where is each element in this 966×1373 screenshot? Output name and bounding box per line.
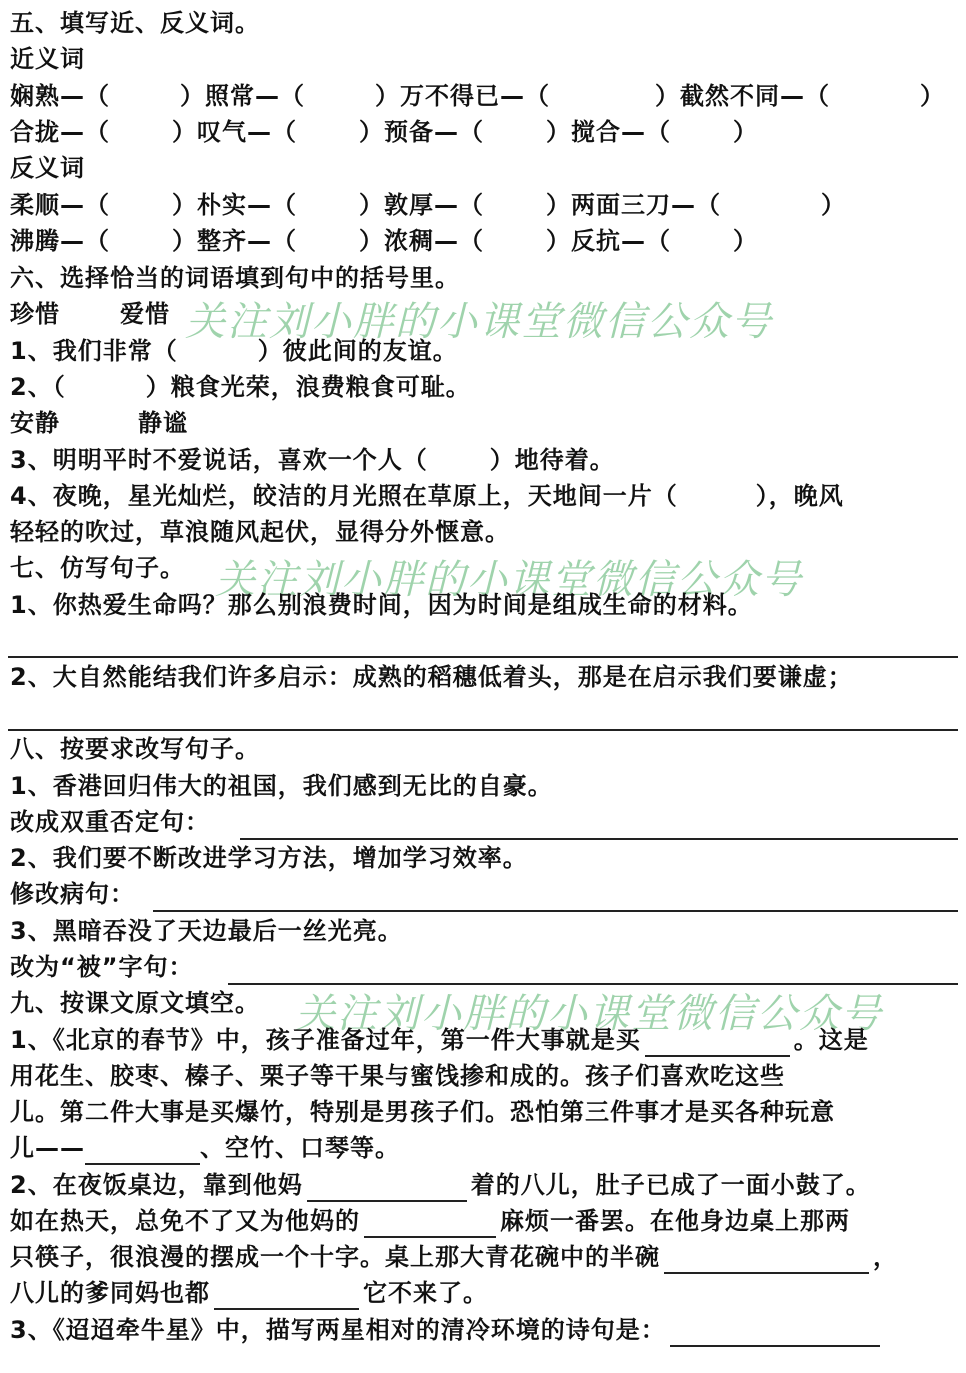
answer-blank[interactable] [670, 1317, 880, 1347]
prompt-8-2: 修改病句： [10, 877, 135, 911]
text: ），晚风 [756, 482, 844, 510]
antonym-label: 反义词 [10, 151, 85, 185]
word-choice: 珍惜 [10, 300, 60, 328]
question-6-4: 4、夜晚，星光灿烂，皎洁的月光照在草原上，天地间一片（），晚风 [10, 479, 844, 513]
text: 3、《迢迢牵牛星》中，描写两星相对的清冷环境的诗句是： [10, 1316, 666, 1344]
word-choice: 爱惜 [120, 300, 170, 328]
text: 它不来了。 [363, 1279, 488, 1307]
text: 着的八儿，肚子已成了一面小鼓了。 [471, 1171, 871, 1199]
text: 4、夜晚，星光灿烂，皎洁的月光照在草原上，天地间一片（ [10, 482, 678, 510]
answer-line-7-2[interactable] [8, 729, 958, 731]
word: ）浓稠—（ [359, 227, 484, 255]
word: 合拢—（ [10, 118, 110, 146]
prompt-8-1: 改成双重否定句： [10, 805, 210, 839]
question-7-1: 1、你热爱生命吗？那么别浪费时间，因为时间是组成生命的材料。 [10, 588, 753, 622]
question-9-2-line2: 如在热天，总免不了又为他妈的麻烦一番罢。在他身边桌上那两 [10, 1204, 850, 1238]
question-6-4-cont: 轻轻的吹过，草浪随风起伏，显得分外惬意。 [10, 515, 510, 549]
text: 八儿的爹同妈也都 [10, 1279, 210, 1307]
word: ）整齐—（ [172, 227, 297, 255]
text: ）彼此间的友谊。 [258, 337, 458, 365]
question-9-1-line1: 1、《北京的春节》中，孩子准备过年，第一件大事就是买。这是 [10, 1023, 869, 1057]
question-9-1-line4: 儿——、空竹、口琴等。 [10, 1131, 400, 1165]
question-9-2-line4: 八儿的爹同妈也都它不来了。 [10, 1276, 488, 1310]
word: ）万不得已—（ [375, 82, 550, 110]
section5-title: 五、填写近、反义词。 [10, 6, 260, 40]
word: ）预备—（ [359, 118, 484, 146]
question-9-1-line3: 儿。第二件大事是买爆竹，特别是男孩子们。恐怕第三件事才是买各种玩意 [10, 1095, 835, 1129]
text: 3、明明平时不爱说话，喜欢一个人（ [10, 446, 428, 474]
question-7-2: 2、大自然能结我们许多启示：成熟的稻穗低着头，那是在启示我们要谦虚； [10, 660, 853, 694]
word-choice: 安静 [10, 409, 60, 437]
text: ）粮食光荣，浪费粮食可耻。 [146, 373, 471, 401]
word: ）朴实—（ [172, 191, 297, 219]
answer-line-8-2[interactable] [153, 910, 958, 912]
question-6-3: 3、明明平时不爱说话，喜欢一个人（）地待着。 [10, 443, 615, 477]
word: ）敦厚—（ [359, 191, 484, 219]
text: 1、我们非常（ [10, 337, 178, 365]
text: 2、在夜饭桌边，靠到他妈 [10, 1171, 303, 1199]
word: ） [920, 82, 945, 110]
word-choice: 静谧 [138, 409, 188, 437]
answer-blank[interactable] [664, 1244, 869, 1274]
answer-line-8-1[interactable] [240, 838, 958, 840]
text: 2、（ [10, 373, 66, 401]
synonym-row-1: 娴熟—（）照常—（）万不得已—（）截然不同—（） [10, 79, 945, 113]
section9-title: 九、按课文原文填空。 [10, 986, 260, 1020]
text: 、空竹、口琴等。 [200, 1134, 400, 1162]
section7-title: 七、仿写句子。 [10, 551, 185, 585]
answer-blank[interactable] [364, 1208, 496, 1238]
question-6-1: 1、我们非常（）彼此间的友谊。 [10, 334, 458, 368]
text: ， [873, 1243, 898, 1271]
question-8-1: 1、香港回归伟大的祖国，我们感到无比的自豪。 [10, 769, 553, 803]
answer-blank[interactable] [214, 1280, 359, 1310]
answer-blank[interactable] [645, 1027, 790, 1057]
word: ）搅合—（ [546, 118, 671, 146]
antonym-row-2: 沸腾—（）整齐—（）浓稠—（）反抗—（） [10, 224, 758, 258]
word: 柔顺—（ [10, 191, 110, 219]
text: 麻烦一番罢。在他身边桌上那两 [500, 1207, 850, 1235]
question-8-2: 2、我们要不断改进学习方法，增加学习效率。 [10, 841, 528, 875]
word: ）截然不同—（ [655, 82, 830, 110]
question-9-3: 3、《迢迢牵牛星》中，描写两星相对的清冷环境的诗句是： [10, 1313, 880, 1347]
text: 如在热天，总免不了又为他妈的 [10, 1207, 360, 1235]
synonym-label: 近义词 [10, 42, 85, 76]
word: 沸腾—（ [10, 227, 110, 255]
question-9-1-line2: 用花生、胶枣、榛子、栗子等干果与蜜饯掺和成的。孩子们喜欢吃这些 [10, 1059, 785, 1093]
word: ） [733, 118, 758, 146]
question-8-3: 3、黑暗吞没了天边最后一丝光亮。 [10, 914, 403, 948]
question-9-2-line3: 只筷子，很浪漫的摆成一个十字。桌上那大青花碗中的半碗， [10, 1240, 898, 1274]
word: ）照常—（ [180, 82, 305, 110]
word: ）叹气—（ [172, 118, 297, 146]
word-choices-2: 安静静谧 [10, 406, 188, 440]
text: 儿—— [10, 1134, 85, 1162]
prompt-8-3: 改为“被”字句： [10, 950, 194, 984]
word: 娴熟—（ [10, 82, 110, 110]
text: 只筷子，很浪漫的摆成一个十字。桌上那大青花碗中的半碗 [10, 1243, 660, 1271]
word-choices-1: 珍惜爱惜 [10, 297, 170, 331]
answer-blank[interactable] [85, 1135, 200, 1165]
question-9-2-line1: 2、在夜饭桌边，靠到他妈着的八儿，肚子已成了一面小鼓了。 [10, 1168, 871, 1202]
section8-title: 八、按要求改写句子。 [10, 732, 260, 766]
word: ）两面三刀—（ [546, 191, 721, 219]
question-6-2: 2、（）粮食光荣，浪费粮食可耻。 [10, 370, 471, 404]
word: ）反抗—（ [546, 227, 671, 255]
answer-line-7-1[interactable] [8, 656, 958, 658]
synonym-row-2: 合拢—（）叹气—（）预备—（）搅合—（） [10, 115, 758, 149]
word: ） [821, 191, 846, 219]
answer-blank[interactable] [307, 1172, 467, 1202]
word: ） [733, 227, 758, 255]
text: 1、《北京的春节》中，孩子准备过年，第一件大事就是买 [10, 1026, 641, 1054]
antonym-row-1: 柔顺—（）朴实—（）敦厚—（）两面三刀—（） [10, 188, 846, 222]
text: 。这是 [794, 1026, 869, 1054]
text: ）地待着。 [490, 446, 615, 474]
